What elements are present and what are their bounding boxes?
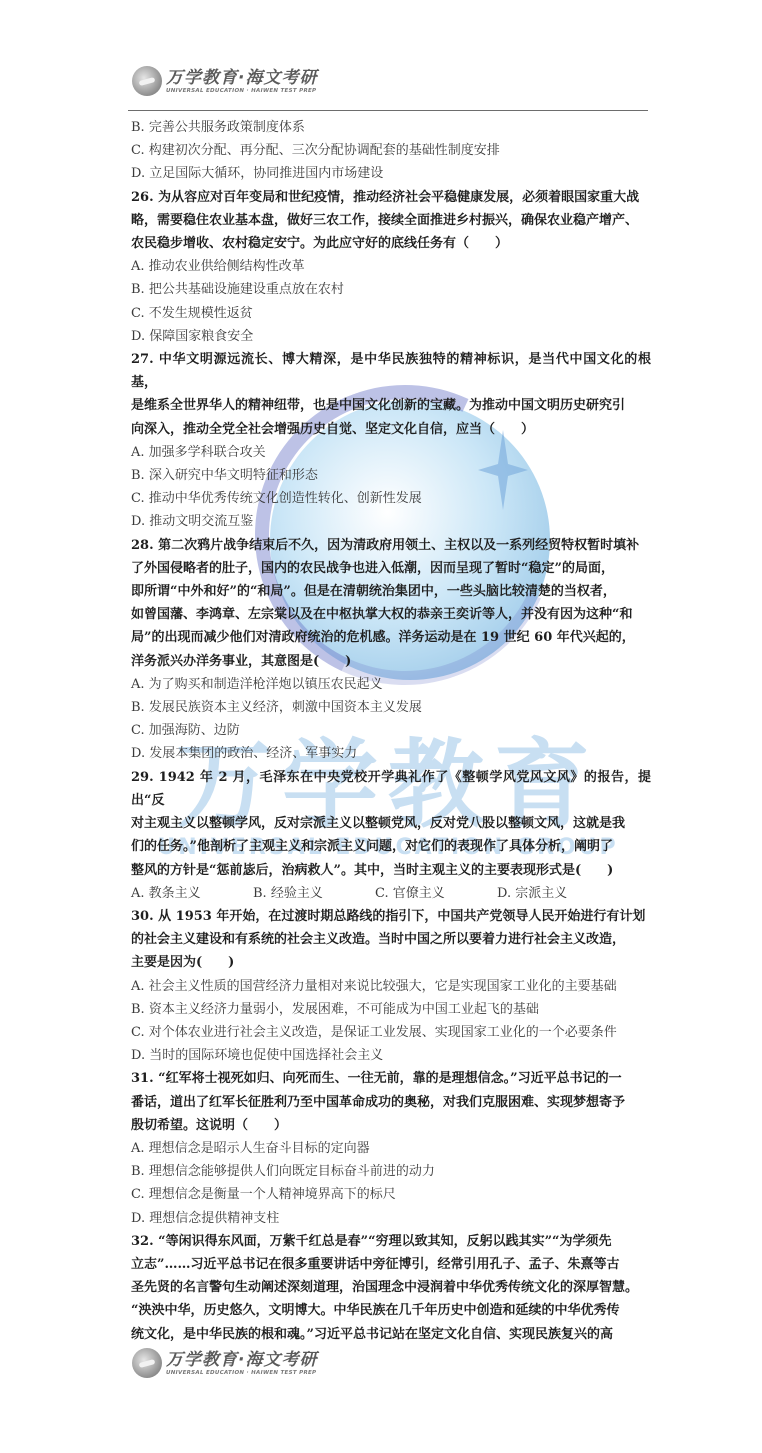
exam-content: B. 完善公共服务政策制度体系 C. 构建初次分配、再分配、三次分配协调配套的基… xyxy=(131,116,651,1346)
question-stem-line: 了外国侵略者的肚子，国内的农民战争也进入低潮，因而呈现了暂时“稳定”的局面， xyxy=(131,557,651,580)
option-b: B. 深入研究中华文明特征和形态 xyxy=(131,464,651,487)
question-stem-line: 的社会主义建设和有系统的社会主义改造。当时中国之所以要着力进行社会主义改造， xyxy=(131,928,651,951)
question-stem-line: 主要是因为( ) xyxy=(131,951,651,974)
question-stem-line: 28. 第二次鸦片战争结束后不久，因为清政府用领土、主权以及一系列经贸特权暂时填… xyxy=(131,534,651,557)
option-c: C. 加强海防、边防 xyxy=(131,719,651,742)
question-stem-line: 30. 从 1953 年开始，在过渡时期总路线的指引下，中国共产党领导人民开始进… xyxy=(131,905,651,928)
question-stem-line: 31. “红军将士视死如归、向死而生、一往无前，靠的是理想信念。”习近平总书记的… xyxy=(131,1067,651,1090)
question-stem-line: 统文化，是中华民族的根和魂。”习近平总书记站在坚定文化自信、实现民族复兴的高 xyxy=(131,1323,651,1346)
option-b: B. 资本主义经济力量弱小，发展困难，不可能成为中国工业起飞的基础 xyxy=(131,998,651,1021)
question-stem-line: 殷切希望。这说明（ ） xyxy=(131,1114,651,1137)
logo-chinese-name: 万学教育·海文考研 xyxy=(166,1350,317,1370)
question-stem-line: “泱泱中华，历史悠久，文明博大。中华民族在几千年历史中创造和延续的中华优秀传 xyxy=(131,1299,651,1322)
question-stem-line: 圣先贤的名言警句生动阐述深刻道理，治国理念中浸润着中华优秀传统文化的深厚智慧。 xyxy=(131,1276,651,1299)
header-divider xyxy=(128,110,648,111)
option-d: D. 宗派主义 xyxy=(497,882,619,905)
option-c: C. 对个体农业进行社会主义改造，是保证工业发展、实现国家工业化的一个必要条件 xyxy=(131,1021,651,1044)
option-c: C. 官僚主义 xyxy=(375,882,497,905)
inline-options: A. 教条主义 B. 经验主义 C. 官僚主义 D. 宗派主义 xyxy=(131,882,651,905)
question-stem-line: 32. “等闲识得东风面，万紫千红总是春”“穷理以致其知，反躬以践其实”“为学须… xyxy=(131,1230,651,1253)
question-30: 30. 从 1953 年开始，在过渡时期总路线的指引下，中国共产党领导人民开始进… xyxy=(131,905,651,1067)
option-d: D. 当时的国际环境也促使中国选择社会主义 xyxy=(131,1044,651,1067)
question-29: 29. 1942 年 2 月，毛泽东在中央党校开学典礼作了《整顿学风党风文风》的… xyxy=(131,766,651,905)
option-c: C. 理想信念是衡量一个人精神境界高下的标尺 xyxy=(131,1183,651,1206)
question-stem-line: 26. 为从容应对百年变局和世纪疫情，推动经济社会平稳健康发展，必须着眼国家重大… xyxy=(131,186,651,209)
question-stem-line: 洋务派兴办洋务事业，其意图是( ) xyxy=(131,650,651,673)
logo-english-name: UNIVERSAL EDUCATION · HAIWEN TEST PREP xyxy=(166,1370,317,1376)
logo-globe-icon xyxy=(132,1348,162,1378)
option-d: D. 立足国际大循环，协同推进国内市场建设 xyxy=(131,162,651,185)
question-32: 32. “等闲识得东风面，万紫千红总是春”“穷理以致其知，反躬以践其实”“为学须… xyxy=(131,1230,651,1346)
logo-globe-icon xyxy=(132,66,162,96)
question-stem-line: 对主观主义以整顿学风，反对宗派主义以整顿党风，反对党八股以整顿文风，这就是我 xyxy=(131,812,651,835)
question-31: 31. “红军将士视死如归、向死而生、一往无前，靠的是理想信念。”习近平总书记的… xyxy=(131,1067,651,1229)
question-stem-line: 整风的方针是“惩前毖后，治病救人”。其中，当时主观主义的主要表现形式是( ) xyxy=(131,859,651,882)
question-stem-line: 如曾国藩、李鸿章、左宗棠以及在中枢执掌大权的恭亲王奕䜣等人，并没有因为这种“和 xyxy=(131,603,651,626)
question-26: 26. 为从容应对百年变局和世纪疫情，推动经济社会平稳健康发展，必须着眼国家重大… xyxy=(131,186,651,348)
option-a: A. 理想信念是昭示人生奋斗目标的定向器 xyxy=(131,1137,651,1160)
option-c: C. 推动中华优秀传统文化创造性转化、创新性发展 xyxy=(131,487,651,510)
option-b: B. 发展民族资本主义经济，刺激中国资本主义发展 xyxy=(131,696,651,719)
option-d: D. 发展本集团的政治、经济、军事实力 xyxy=(131,742,651,765)
question-stem-line: 立志”……习近平总书记在很多重要讲话中旁征博引，经常引用孔子、孟子、朱熹等古 xyxy=(131,1253,651,1276)
option-d: D. 推动文明交流互鉴 xyxy=(131,510,651,533)
question-stem-line: 27. 中华文明源远流长、博大精深，是中华民族独特的精神标识，是当代中国文化的根… xyxy=(131,348,651,394)
option-b: B. 把公共基础设施建设重点放在农村 xyxy=(131,278,651,301)
question-stem-line: 即所谓“中外和好”的“和局”。但是在清朝统治集团中，一些头脑比较清楚的当权者， xyxy=(131,580,651,603)
option-d: D. 保障国家粮食安全 xyxy=(131,325,651,348)
footer-logo: 万学教育·海文考研 UNIVERSAL EDUCATION · HAIWEN T… xyxy=(132,1348,317,1378)
logo-chinese-name: 万学教育·海文考研 xyxy=(166,68,317,88)
option-a: A. 为了购买和制造洋枪洋炮以镇压农民起义 xyxy=(131,673,651,696)
option-b: B. 理想信念能够提供人们向既定目标奋斗前进的动力 xyxy=(131,1160,651,1183)
question-stem-line: 29. 1942 年 2 月，毛泽东在中央党校开学典礼作了《整顿学风党风文风》的… xyxy=(131,766,651,812)
question-25-tail: B. 完善公共服务政策制度体系 C. 构建初次分配、再分配、三次分配协调配套的基… xyxy=(131,116,651,186)
question-stem-line: 局”的出现而减少他们对清政府统治的危机感。洋务运动是在 19 世纪 60 年代兴… xyxy=(131,626,651,649)
question-stem-line: 们的任务。”他剖析了主观主义和宗派主义问题，对它们的表现作了具体分析，阐明了 xyxy=(131,835,651,858)
option-b: B. 经验主义 xyxy=(253,882,375,905)
option-a: A. 推动农业供给侧结构性改革 xyxy=(131,255,651,278)
question-27: 27. 中华文明源远流长、博大精深，是中华民族独特的精神标识，是当代中国文化的根… xyxy=(131,348,651,534)
option-c: C. 构建初次分配、再分配、三次分配协调配套的基础性制度安排 xyxy=(131,139,651,162)
option-a: A. 社会主义性质的国营经济力量相对来说比较强大，它是实现国家工业化的主要基础 xyxy=(131,975,651,998)
option-a: A. 教条主义 xyxy=(131,882,253,905)
question-stem-line: 是维系全世界华人的精神纽带，也是中国文化创新的宝藏。为推动中国文明历史研究引 xyxy=(131,394,651,417)
question-stem-line: 番话，道出了红军长征胜利乃至中国革命成功的奥秘，对我们克服困难、实现梦想寄予 xyxy=(131,1091,651,1114)
option-c: C. 不发生规模性返贫 xyxy=(131,302,651,325)
question-stem-line: 略，需要稳住农业基本盘，做好三农工作，接续全面推进乡村振兴，确保农业稳产增产、 xyxy=(131,209,651,232)
question-stem-line: 向深入，推动全党全社会增强历史自觉、坚定文化自信，应当（ ） xyxy=(131,418,651,441)
option-a: A. 加强多学科联合攻关 xyxy=(131,441,651,464)
logo-english-name: UNIVERSAL EDUCATION · HAIWEN TEST PREP xyxy=(166,88,317,94)
question-28: 28. 第二次鸦片战争结束后不久，因为清政府用领土、主权以及一系列经贸特权暂时填… xyxy=(131,534,651,766)
question-stem-line: 农民稳步增收、农村稳定安宁。为此应守好的底线任务有（ ） xyxy=(131,232,651,255)
option-b: B. 完善公共服务政策制度体系 xyxy=(131,116,651,139)
option-d: D. 理想信念提供精神支柱 xyxy=(131,1207,651,1230)
header-logo: 万学教育·海文考研 UNIVERSAL EDUCATION · HAIWEN T… xyxy=(132,66,317,96)
